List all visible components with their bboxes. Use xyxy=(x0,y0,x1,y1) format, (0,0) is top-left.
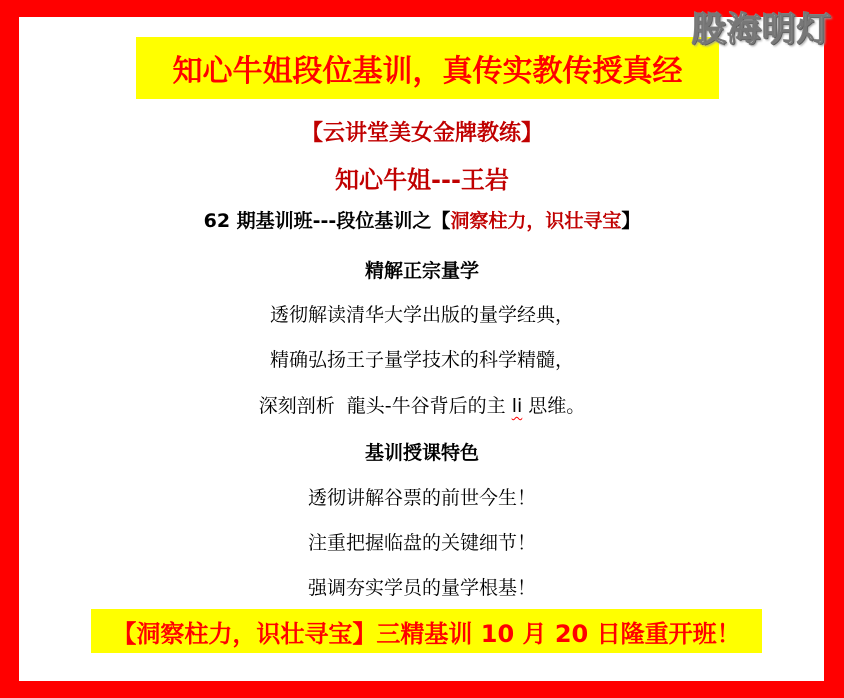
section2-line-2: 注重把握临盘的关键细节！ xyxy=(0,528,844,555)
section1-line-3-before: 深刻剖析 龍头-牛谷背后的主 xyxy=(259,395,512,417)
watermark-logo: 股海明灯 xyxy=(692,2,832,51)
course-prefix: 62 期基训班---段位基训之 xyxy=(204,210,432,232)
course-bracket-open: 【 xyxy=(431,210,450,232)
spellcheck-flagged-word: li xyxy=(512,395,523,417)
section1-line-3-after: 思维。 xyxy=(522,395,585,417)
section1-line-3: 深刻剖析 龍头-牛谷背后的主 li 思维。 xyxy=(0,391,844,418)
section1-heading: 精解正宗量学 xyxy=(0,256,844,283)
course-line: 62 期基训班---段位基训之【洞察柱力，识壮寻宝】 xyxy=(0,206,844,233)
bottom-banner-text: 【洞察柱力，识壮寻宝】三精基训 10 月 20 日隆重开班！ xyxy=(112,614,740,649)
section2-line-3: 强调夯实学员的量学根基！ xyxy=(0,573,844,600)
bottom-banner: 【洞察柱力，识壮寻宝】三精基训 10 月 20 日隆重开班！ xyxy=(91,609,762,653)
course-bracket-close: 】 xyxy=(621,210,640,232)
coach-name: 知心牛姐---王岩 xyxy=(0,160,844,195)
coach-title: 【云讲堂美女金牌教练】 xyxy=(0,116,844,147)
course-highlight: 洞察柱力，识壮寻宝 xyxy=(450,210,621,232)
top-banner: 知心牛姐段位基训，真传实教传授真经 xyxy=(136,37,719,99)
top-banner-text: 知心牛姐段位基训，真传实教传授真经 xyxy=(173,46,683,90)
section1-line-1: 透彻解读清华大学出版的量学经典， xyxy=(0,300,844,327)
section2-line-1: 透彻讲解谷票的前世今生！ xyxy=(0,483,844,510)
section2-heading: 基训授课特色 xyxy=(0,438,844,465)
section1-line-2: 精确弘扬王子量学技术的科学精髓， xyxy=(0,345,844,372)
